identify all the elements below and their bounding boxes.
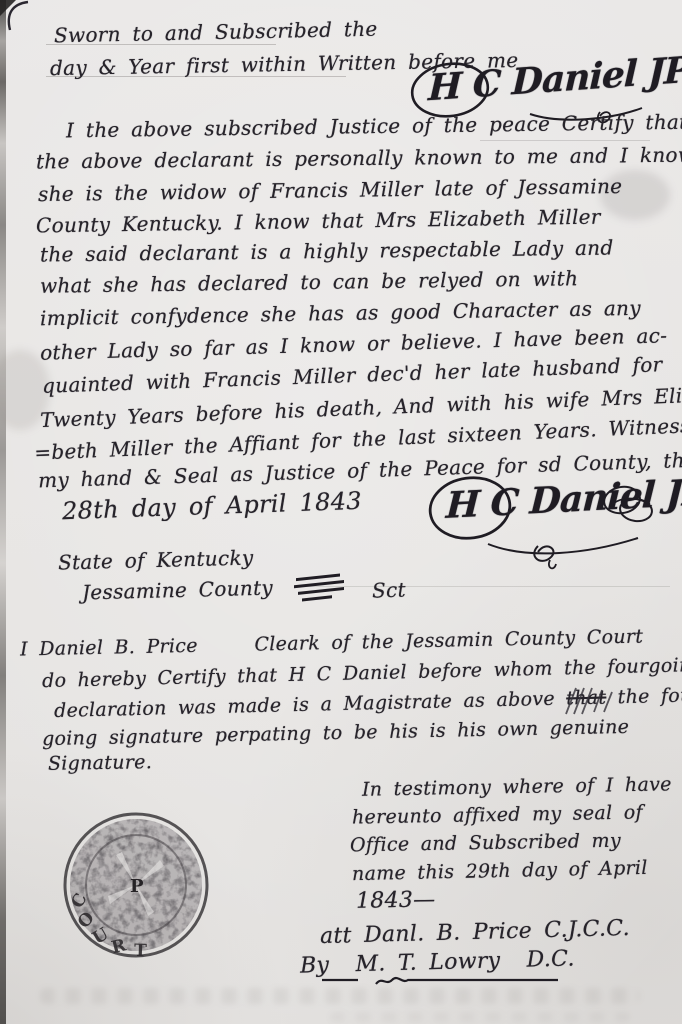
venue-county-line: Jessamine County xyxy=(82,576,274,605)
seal-center-letter: P xyxy=(130,876,144,897)
certificate-line: implicit confydence she has as good Char… xyxy=(40,296,641,330)
deputy-clerk-title: D.C. xyxy=(526,946,575,972)
certificate-line: the above declarant is personally known … xyxy=(36,143,682,174)
clerk-cert-line-1: I Daniel B. Price Cleark of the Jessamin… xyxy=(20,625,644,660)
certificate-line: the said declarant is a highly respectab… xyxy=(40,235,614,266)
clerk-cert-line-3-pre: declaration was made is a Magistrate as … xyxy=(54,687,567,722)
court-seal: C O U R T P xyxy=(56,800,216,970)
venue-state-line: State of Kentucky xyxy=(58,545,254,574)
bleedthrough-text-band xyxy=(330,1012,630,1022)
stray-ink-flourish xyxy=(2,0,32,36)
scan-left-edge xyxy=(0,0,6,1024)
testimonium-line: Office and Subscribed my xyxy=(350,830,621,857)
testimonium-line: hereunto affixed my seal of xyxy=(352,801,643,828)
testimonium-line: 1843— xyxy=(356,887,436,913)
certificate-line: County Kentucky. I know that Mrs Elizabe… xyxy=(36,205,601,238)
testimonium-line: In testimony where of I have xyxy=(362,773,672,800)
svg-text:T: T xyxy=(134,941,148,961)
certificate-line: what she has declared to can be relyed o… xyxy=(40,266,578,298)
guide-line xyxy=(480,140,650,141)
certificate-line: she is the widow of Francis Miller late … xyxy=(38,174,623,206)
signature-underline-flourish xyxy=(318,972,598,992)
document-page: Sworn to and Subscribed the day & Year f… xyxy=(0,0,682,1024)
clerk-cert-line-5: Signature. xyxy=(48,751,152,775)
certificate-date-line: 28th day of April 1843 xyxy=(62,487,363,525)
attestation-clerk-line: att Danl. B. Price C.J.C.C. xyxy=(320,916,630,949)
certificate-line: I the above subscribed Justice of the pe… xyxy=(66,110,682,143)
county-squiggle xyxy=(292,572,356,608)
jurat-line-1: Sworn to and Subscribed the xyxy=(54,17,378,48)
testimonium-line: name this 29th day of April xyxy=(352,857,648,885)
hatch-marks xyxy=(560,684,620,720)
seal-scribble xyxy=(596,482,666,532)
clerk-cert-line-4: going signature perpating to be his is h… xyxy=(42,716,630,750)
venue-sct-label: Sct xyxy=(372,577,407,602)
